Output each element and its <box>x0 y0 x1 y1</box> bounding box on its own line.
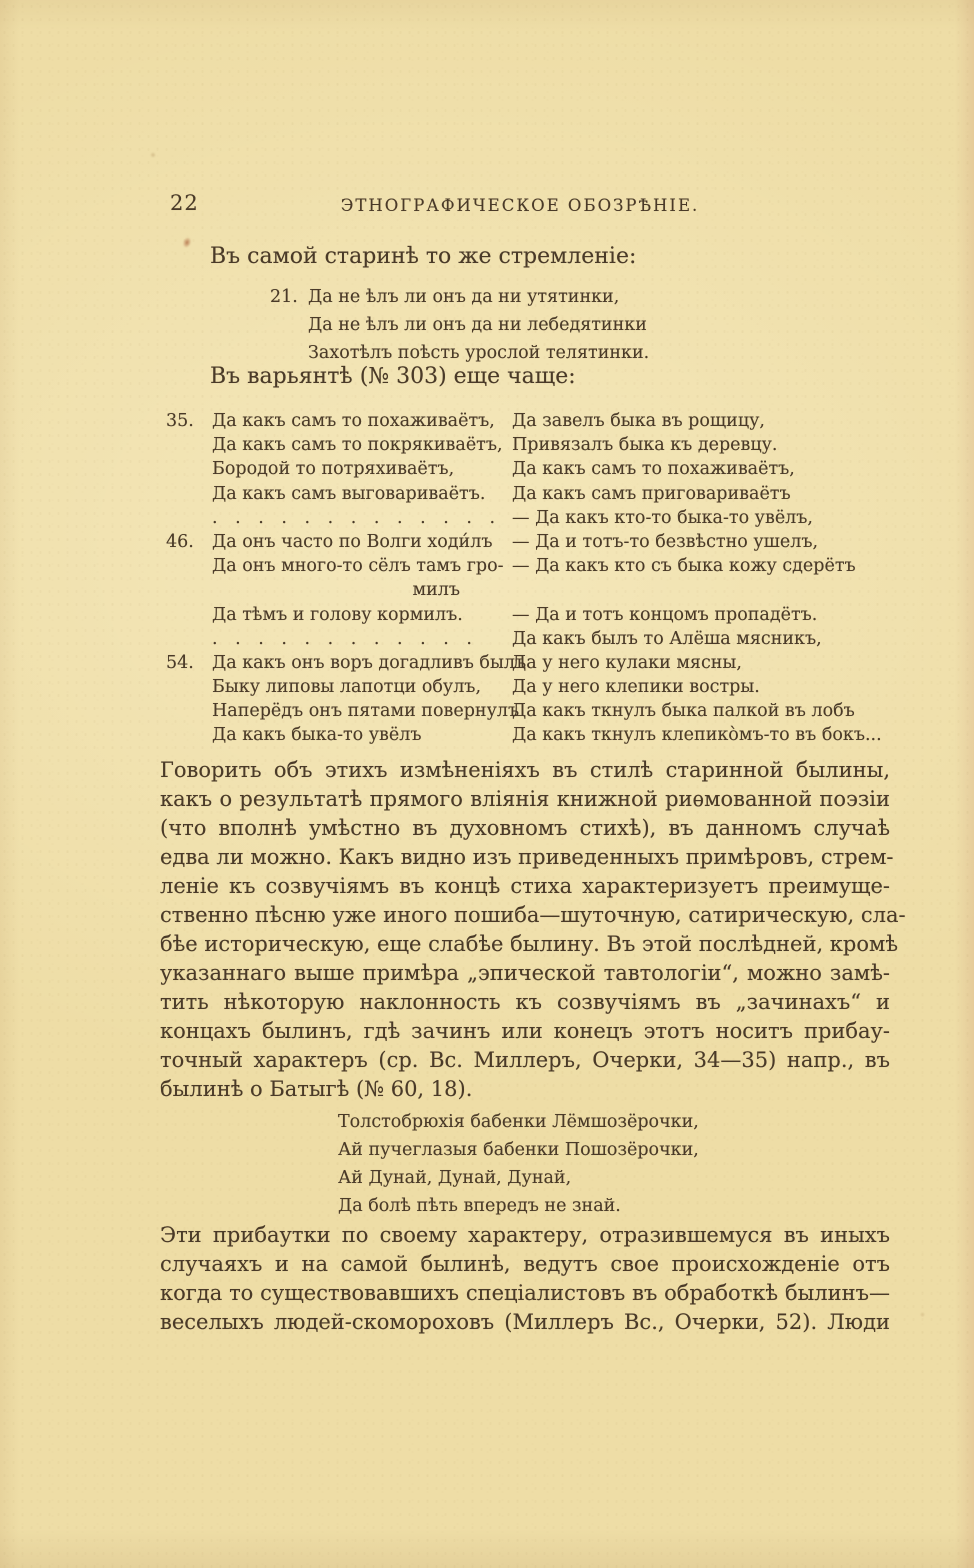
verse-left-column: Быку липовы лапотци обулъ, <box>212 675 512 699</box>
verse-table-row: 35. Да какъ самъ то похаживаётъ, Да заве… <box>160 409 890 433</box>
verse-lines: Да не ѣлъ ли онъ да ни утятинки,Да не ѣл… <box>308 283 649 367</box>
verse-table-row: . . . . . . . . . . . . Да какъ былъ то … <box>160 627 890 651</box>
body-paragraph-2: Эти прибаутки по своему характеру, отраз… <box>160 1221 890 1337</box>
verse-right-column: Да у него клепики востры. <box>512 675 890 699</box>
verse-table-row: Быку липовы лапотци обулъ, Да у него кле… <box>160 675 890 699</box>
paragraph-line: указаннаго выше примѣра „эпической тавто… <box>160 959 890 988</box>
verse-line: Да болѣ пѣть впередъ не знай. <box>338 1192 699 1220</box>
paragraph-line: точный характеръ (ср. Вс. Миллеръ, Очерк… <box>160 1046 890 1075</box>
paragraph-line: ственно пѣсню уже иного пошиба—шуточную,… <box>160 901 890 930</box>
paragraph-line: веселыхъ людей-скомороховъ (Миллеръ Вс.,… <box>160 1308 890 1337</box>
verse-left-column: Да какъ онъ воръ догадливъ былъ <box>212 651 512 675</box>
verse-number <box>160 506 212 530</box>
verse-right-column: — Да и тотъ-то безвѣстно ушелъ, <box>512 530 890 554</box>
verse-number <box>160 675 212 699</box>
verse-table-row: Да какъ самъ выговариваётъ. Да какъ самъ… <box>160 482 890 506</box>
verse-left-column: Да онъ часто по Волги ходи́лъ <box>212 530 512 554</box>
verse-number <box>160 603 212 627</box>
verse-right-column: Да у него кулаки мясны, <box>512 651 890 675</box>
verse-line: Ай пучеглазыя бабенки Пошозёрочки, <box>338 1136 699 1164</box>
verse-number: 54. <box>160 651 212 675</box>
verse-line: Да не ѣлъ ли онъ да ни утятинки, <box>308 283 649 311</box>
verse-number <box>160 482 212 506</box>
verse-left-column: Да тѣмъ и голову кормилъ. <box>212 603 512 627</box>
verse-table-row: 54. Да какъ онъ воръ догадливъ былъ Да у… <box>160 651 890 675</box>
book-page-scan: 22 ЭТНОГРАФИЧЕСКОЕ ОБОЗРѢНІЕ. Въ самой с… <box>0 0 974 1568</box>
variant-heading: Въ варьянтѣ (№ 303) еще чаще: <box>160 364 890 389</box>
paragraph-line: (что вполнѣ умѣстно въ духовномъ стихѣ),… <box>160 814 890 843</box>
verse-left-column: Да какъ самъ то покрякиваётъ, <box>212 433 512 457</box>
paragraph-line: Говорить объ этихъ измѣненіяхъ въ стилѣ … <box>160 756 890 785</box>
verse-left-column: Наперёдъ онъ пятами повернулъ <box>212 699 512 723</box>
verse-number: 35. <box>160 409 212 433</box>
verse-right-column: — Да какъ кто-то быка-то увёлъ, <box>512 506 890 530</box>
verse-line: Толстобрюхія бабенки Лёмшозёрочки, <box>338 1108 699 1136</box>
verse-table-row: Бородой то потряхиваётъ, Да какъ самъ то… <box>160 457 890 481</box>
paragraph-line: тить нѣкоторую наклонность къ созвучіямъ… <box>160 988 890 1017</box>
verse-right-column: Да завелъ быка въ рощицу, <box>512 409 890 433</box>
intro-sentence: Въ самой старинѣ то же стремленіе: <box>160 244 890 269</box>
paragraph-line: былинѣ о Батыгѣ (№ 60, 18). <box>160 1075 890 1104</box>
verse-line: Да не ѣлъ ли онъ да ни лебедятинки <box>308 311 649 339</box>
paragraph-line: Эти прибаутки по своему характеру, отраз… <box>160 1221 890 1250</box>
body-paragraph-1: Говорить объ этихъ измѣненіяхъ въ стилѣ … <box>160 756 890 1104</box>
running-title: ЭТНОГРАФИЧЕСКОЕ ОБОЗРѢНІЕ. <box>160 196 880 215</box>
verse-left-column: Да какъ быка-то увёлъ <box>212 723 512 747</box>
paper-foxing-spot <box>150 152 156 158</box>
verse-number <box>160 627 212 651</box>
verse-quote-21: 21. Да не ѣлъ ли онъ да ни утятинки,Да н… <box>308 283 649 367</box>
paragraph-line: какъ о результатѣ прямого вліянія книжно… <box>160 785 890 814</box>
verse-table-row: . . . . . . . . . . . . . . — Да какъ кт… <box>160 506 890 530</box>
verse-right-column: — Да какъ кто съ быка кожу сдерётъ <box>512 554 890 578</box>
paper-foxing-spot <box>920 1312 925 1317</box>
verse-number <box>160 457 212 481</box>
paragraph-line: едва ли можно. Какъ видно изъ приведенны… <box>160 843 890 872</box>
verse-table-row: милъ <box>160 578 890 602</box>
verse-number <box>160 554 212 578</box>
verse-left-column: Да онъ много-то сёлъ тамъ гро- <box>212 554 512 578</box>
verse-table-row: 46. Да онъ часто по Волги ходи́лъ — Да и… <box>160 530 890 554</box>
verse-right-column: Да какъ ткнулъ клепико̀мъ-то въ бокъ... <box>512 723 890 747</box>
verse-right-column: — Да и тотъ концомъ пропадётъ. <box>512 603 890 627</box>
verse-left-column: Бородой то потряхиваётъ, <box>212 457 512 481</box>
paragraph-line: бѣе историческую, еще слабѣе былину. Въ … <box>160 930 890 959</box>
verse-right-column <box>512 578 890 602</box>
verse-table-row: Наперёдъ онъ пятами повернулъ Да какъ тк… <box>160 699 890 723</box>
verse-right-column: Привязалъ быка къ деревцу. <box>512 433 890 457</box>
verse-left-column: Да какъ самъ выговариваётъ. <box>212 482 512 506</box>
verse-left-column: . . . . . . . . . . . . . . <box>212 506 512 530</box>
verse-number <box>160 723 212 747</box>
verse-left-column: Да какъ самъ то похаживаётъ, <box>212 409 512 433</box>
verse-table-row: Да тѣмъ и голову кормилъ. — Да и тотъ ко… <box>160 603 890 627</box>
two-column-verse-table: 35. Да какъ самъ то похаживаётъ, Да заве… <box>160 409 890 748</box>
verse-line: Захотѣлъ поѣсть урослой телятинки. <box>308 339 649 367</box>
verse-table-row: Да какъ быка-то увёлъ Да какъ ткнулъ кле… <box>160 723 890 747</box>
verse-left-column: милъ <box>212 578 512 602</box>
verse-right-column: Да какъ самъ приговариваётъ <box>512 482 890 506</box>
verse-table-row: Да какъ самъ то покрякиваётъ, Привязалъ … <box>160 433 890 457</box>
verse-quote-batyga: Толстобрюхія бабенки Лёмшозёрочки,Ай пуч… <box>338 1108 699 1220</box>
paragraph-line: случаяхъ и на самой былинѣ, ведутъ свое … <box>160 1250 890 1279</box>
verse-right-column: Да какъ ткнулъ быка палкой въ лобъ <box>512 699 890 723</box>
verse-number <box>160 699 212 723</box>
verse-left-column: . . . . . . . . . . . . <box>212 627 512 651</box>
verse-number <box>160 578 212 602</box>
verse-number: 21. <box>270 283 298 311</box>
verse-number <box>160 433 212 457</box>
verse-line: Ай Дунай, Дунай, Дунай, <box>338 1164 699 1192</box>
verse-table-row: Да онъ много-то сёлъ тамъ гро- — Да какъ… <box>160 554 890 578</box>
verse-number: 46. <box>160 530 212 554</box>
verse-right-column: Да какъ самъ то похаживаётъ, <box>512 457 890 481</box>
paragraph-line: когда то существовавшихъ спеціалистовъ в… <box>160 1279 890 1308</box>
paragraph-line: леніе къ созвучіямъ въ концѣ стиха харак… <box>160 872 890 901</box>
paragraph-line: концахъ былинъ, гдѣ зачинъ или конецъ эт… <box>160 1017 890 1046</box>
verse-right-column: Да какъ былъ то Алёша мясникъ, <box>512 627 890 651</box>
